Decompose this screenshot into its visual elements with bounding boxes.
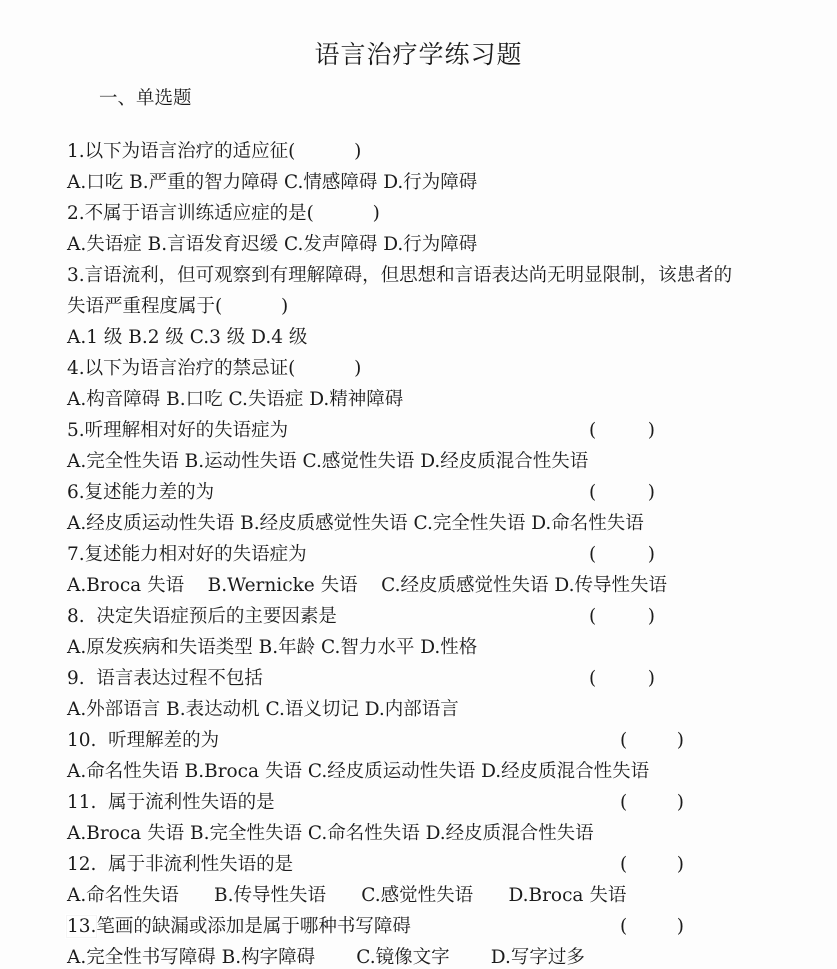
- paren-open: (: [589, 601, 596, 632]
- section-heading: 一、单选题: [0, 87, 837, 111]
- paren-open: (: [620, 849, 627, 880]
- option-line: A.构音障碍 B.口吃 C.失语症 D.精神障碍: [67, 384, 817, 415]
- paren-close: ): [677, 849, 684, 880]
- question-line: 9. 语言表达过程不包括(): [67, 663, 817, 694]
- option-line: A.外部语言 B.表达动机 C.语义切记 D.内部语言: [67, 694, 817, 725]
- paren-open: (: [620, 787, 627, 818]
- question-line: 2.不属于语言训练适应症的是( ): [67, 198, 817, 229]
- paren-close: ): [648, 539, 655, 570]
- question-line: 13.笔画的缺漏或添加是属于哪种书写障碍(): [67, 911, 817, 942]
- option-line: A.Broca 失语 B.完全性失语 C.命名性失语 D.经皮质混合性失语: [67, 818, 817, 849]
- option-line: A.Broca 失语 B.Wernicke 失语 C.经皮质感觉性失语 D.传导…: [67, 570, 817, 601]
- option-line: A.完全性失语 B.运动性失语 C.感觉性失语 D.经皮质混合性失语: [67, 446, 817, 477]
- paren-open: (: [589, 663, 596, 694]
- paren-open: (: [589, 415, 596, 446]
- paren-close: ): [648, 601, 655, 632]
- question-line: 失语严重程度属于( ): [67, 291, 817, 322]
- paren-close: ): [648, 415, 655, 446]
- answer-blank-parens: (): [620, 787, 684, 818]
- option-line: A.完全性书写障碍 B.构字障碍 C.镜像文字 D.写字过多: [67, 942, 817, 969]
- question-line: 11. 属于流利性失语的是(): [67, 787, 817, 818]
- question-line: 6.复述能力差的为(): [67, 477, 817, 508]
- question-line: 3.言语流利，但可观察到有理解障碍，但思想和言语表达尚无明显限制，该患者的: [67, 260, 817, 291]
- option-line: A.失语症 B.言语发育迟缓 C.发声障碍 D.行为障碍: [67, 229, 817, 260]
- paren-open: (: [620, 725, 627, 756]
- page-title: 语言治疗学练习题: [0, 0, 837, 69]
- option-line: A.口吃 B.严重的智力障碍 C.情感障碍 D.行为障碍: [67, 167, 817, 198]
- exam-document-page: 语言治疗学练习题 一、单选题 1.以下为语言治疗的适应征( )A.口吃 B.严重…: [0, 0, 837, 969]
- paren-close: ): [677, 787, 684, 818]
- question-line: 1.以下为语言治疗的适应征( ): [67, 136, 817, 167]
- option-line: A.原发疾病和失语类型 B.年龄 C.智力水平 D.性格: [67, 632, 817, 663]
- patched-question-number: 13.: [67, 916, 96, 937]
- question-line: 7.复述能力相对好的失语症为(): [67, 539, 817, 570]
- paren-close: ): [677, 911, 684, 942]
- question-line: 5.听理解相对好的失语症为(): [67, 415, 817, 446]
- answer-blank-parens: (): [620, 911, 684, 942]
- answer-blank-parens: (): [589, 539, 655, 570]
- paren-close: ): [648, 663, 655, 694]
- paren-open: (: [589, 477, 596, 508]
- question-lines: 1.以下为语言治疗的适应征( )A.口吃 B.严重的智力障碍 C.情感障碍 D.…: [0, 136, 837, 969]
- answer-blank-parens: (): [589, 415, 655, 446]
- question-line: 10. 听理解差的为(): [67, 725, 817, 756]
- paren-open: (: [620, 911, 627, 942]
- question-line: 4.以下为语言治疗的禁忌证( ): [67, 353, 817, 384]
- option-line: A.1 级 B.2 级 C.3 级 D.4 级: [67, 322, 817, 353]
- paren-close: ): [648, 477, 655, 508]
- option-line: A.命名性失语 B.Broca 失语 C.经皮质运动性失语 D.经皮质混合性失语: [67, 756, 817, 787]
- answer-blank-parens: (): [589, 601, 655, 632]
- option-line: A.经皮质运动性失语 B.经皮质感觉性失语 C.完全性失语 D.命名性失语: [67, 508, 817, 539]
- paren-close: ): [677, 725, 684, 756]
- question-line: 12. 属于非流利性失语的是(): [67, 849, 817, 880]
- answer-blank-parens: (): [589, 663, 655, 694]
- option-line: A.命名性失语 B.传导性失语 C.感觉性失语 D.Broca 失语: [67, 880, 817, 911]
- answer-blank-parens: (): [620, 849, 684, 880]
- answer-blank-parens: (): [589, 477, 655, 508]
- answer-blank-parens: (): [620, 725, 684, 756]
- question-line: 8. 决定失语症预后的主要因素是(): [67, 601, 817, 632]
- paren-open: (: [589, 539, 596, 570]
